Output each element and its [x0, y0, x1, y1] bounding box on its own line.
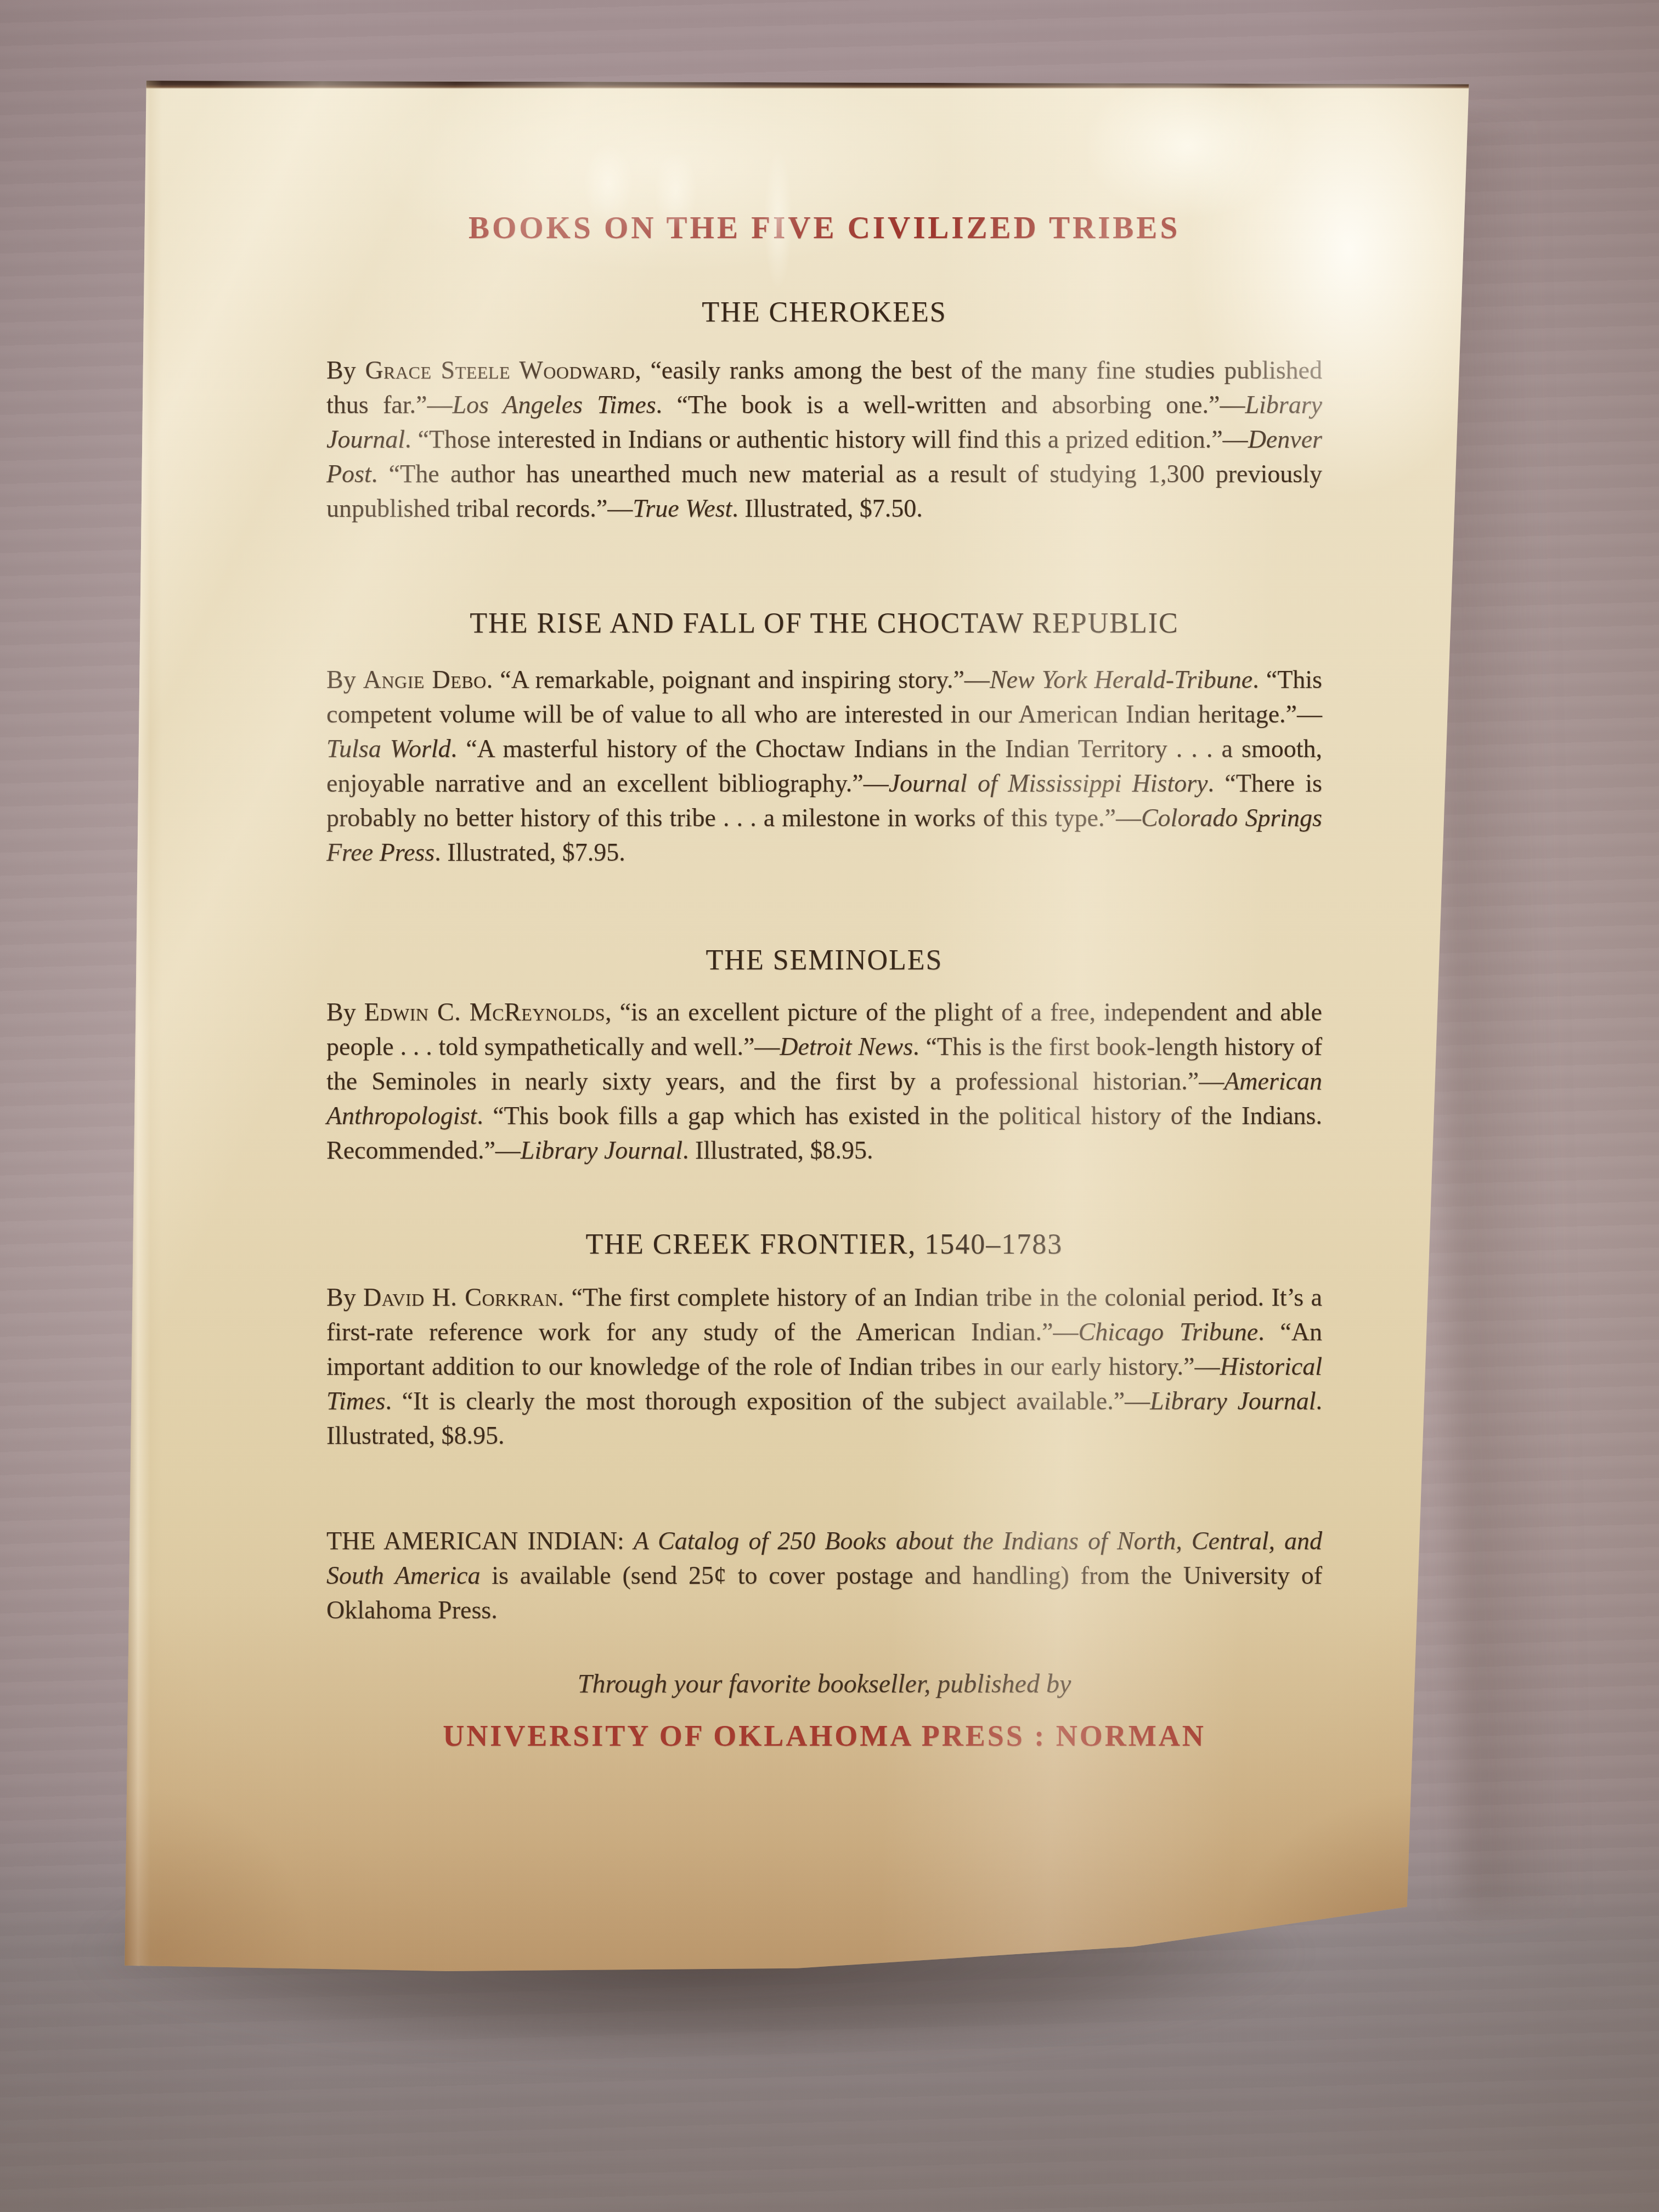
- photo-scene: BOOKS ON THE FIVE CIVILIZED TRIBES THE C…: [0, 0, 1659, 2212]
- text-segment: Los Angeles Times: [452, 391, 656, 419]
- text-segment: . “Those interested in Indians or authen…: [405, 425, 1248, 453]
- paragraph-cherokees: By Grace Steele Woodward, “easily ranks …: [326, 353, 1322, 526]
- text-segment: New York Herald-Tribune: [990, 665, 1252, 693]
- text-segment: Library Journal: [1150, 1387, 1316, 1415]
- book-back-cover: BOOKS ON THE FIVE CIVILIZED TRIBES THE C…: [123, 80, 1470, 1971]
- text-segment: Grace Steele Woodward: [365, 356, 635, 384]
- text-segment: Journal of Mississippi History: [889, 769, 1208, 797]
- text-segment: By: [326, 1283, 363, 1311]
- text-segment: Edwin C. McReynolds: [364, 998, 605, 1026]
- paragraph-creek: By David H. Corkran. “The first complete…: [326, 1280, 1322, 1453]
- publisher-imprint: UNIVERSITY OF OKLAHOMA PRESS : NORMAN: [326, 1719, 1322, 1753]
- series-title: BOOKS ON THE FIVE CIVILIZED TRIBES: [326, 210, 1322, 246]
- text-segment: Library Journal: [521, 1136, 682, 1164]
- text-segment: . Illustrated, $8.95.: [682, 1136, 873, 1164]
- text-segment: . “The book is a well-written and absorb…: [656, 391, 1245, 419]
- text-segment: True West: [633, 494, 732, 522]
- heading-seminoles: THE SEMINOLES: [326, 944, 1322, 977]
- heading-creek: THE CREEK FRONTIER, 1540–1783: [326, 1228, 1322, 1261]
- text-segment: By: [326, 665, 363, 693]
- text-segment: . “A remarkable, poignant and inspiring …: [487, 665, 990, 693]
- paragraph-choctaw: By Angie Debo. “A remarkable, poignant a…: [326, 662, 1322, 870]
- text-segment: THE AMERICAN INDIAN:: [326, 1527, 634, 1555]
- text-segment: Tulsa World: [326, 735, 451, 763]
- paragraph-seminoles: By Edwin C. McReynolds, “is an excellent…: [326, 995, 1322, 1167]
- bookseller-line: Through your favorite bookseller, publis…: [326, 1669, 1322, 1699]
- text-segment: . Illustrated, $7.50.: [732, 494, 923, 522]
- text-segment: By: [326, 356, 365, 384]
- jacket-text-column: BOOKS ON THE FIVE CIVILIZED TRIBES THE C…: [123, 80, 1470, 1971]
- text-segment: By: [326, 998, 364, 1026]
- heading-cherokees: THE CHEROKEES: [326, 296, 1322, 329]
- text-segment: Chicago Tribune: [1078, 1318, 1258, 1346]
- text-segment: Angie Debo: [363, 665, 487, 693]
- catalog-note: THE AMERICAN INDIAN: A Catalog of 250 Bo…: [326, 1523, 1322, 1627]
- text-segment: . Illustrated, $7.95.: [435, 838, 625, 866]
- text-segment: . “It is clearly the most thorough expos…: [385, 1387, 1150, 1415]
- heading-choctaw: THE RISE AND FALL OF THE CHOCTAW REPUBLI…: [326, 607, 1322, 640]
- text-segment: Detroit News: [780, 1032, 913, 1060]
- text-segment: David H. Corkran: [363, 1283, 557, 1311]
